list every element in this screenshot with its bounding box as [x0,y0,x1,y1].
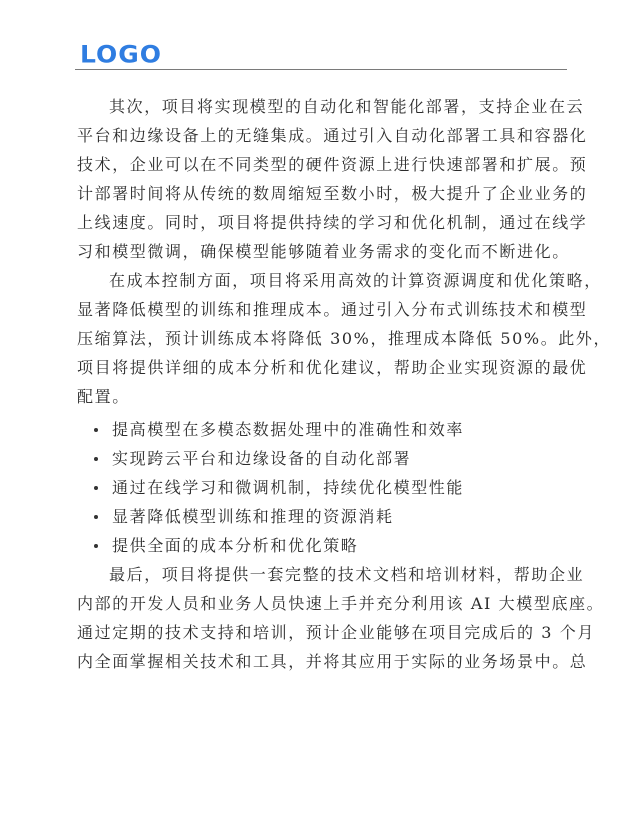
text-line: 上线速度。同时，项目将提供持续的学习和优化机制，通过在线学 [77,208,577,237]
list-item-text: 显著降低模型训练和推理的资源消耗 [112,507,394,526]
list-item: 提供全面的成本分析和优化策略 [77,531,577,560]
bullet-dot-icon [94,428,98,432]
list-item-text: 提高模型在多模态数据处理中的准确性和效率 [112,420,464,439]
bullet-dot-icon [94,486,98,490]
bullet-dot-icon [94,515,98,519]
list-item: 实现跨云平台和边缘设备的自动化部署 [77,444,577,473]
list-item-text: 通过在线学习和微调机制，持续优化模型性能 [112,478,464,497]
text-line: 平台和边缘设备上的无缝集成。通过引入自动化部署工具和容器化 [77,121,577,150]
text-line: 习和模型微调，确保模型能够随着业务需求的变化而不断进化。 [77,237,577,266]
paragraph-cost-control: 在成本控制方面，项目将采用高效的计算资源调度和优化策略， 显著降低模型的训练和推… [77,266,577,411]
text-line: 其次，项目将实现模型的自动化和智能化部署，支持企业在云 [77,92,577,121]
header-divider [75,69,567,70]
paragraph-training: 最后，项目将提供一套完整的技术文档和培训材料，帮助企业 内部的开发人员和业务人员… [77,560,577,676]
text-line: 计部署时间将从传统的数周缩短至数小时，极大提升了企业业务的 [77,179,577,208]
list-item-text: 提供全面的成本分析和优化策略 [112,536,358,555]
bullet-dot-icon [94,544,98,548]
document-body: 其次，项目将实现模型的自动化和智能化部署，支持企业在云 平台和边缘设备上的无缝集… [77,92,577,676]
list-item: 显著降低模型训练和推理的资源消耗 [77,502,577,531]
text-line: 通过定期的技术支持和培训，预计企业能够在项目完成后的 3 个月 [77,618,577,647]
text-line: 内部的开发人员和业务人员快速上手并充分利用该 AI 大模型底座。 [77,589,577,618]
text-line: 显著降低模型的训练和推理成本。通过引入分布式训练技术和模型 [77,295,577,324]
paragraph-deployment: 其次，项目将实现模型的自动化和智能化部署，支持企业在云 平台和边缘设备上的无缝集… [77,92,577,266]
text-line: 内全面掌握相关技术和工具，并将其应用于实际的业务场景中。总 [77,647,577,676]
text-line: 配置。 [77,382,577,411]
list-item-text: 实现跨云平台和边缘设备的自动化部署 [112,449,411,468]
bullet-list: 提高模型在多模态数据处理中的准确性和效率 实现跨云平台和边缘设备的自动化部署 通… [77,415,577,560]
text-line: 最后，项目将提供一套完整的技术文档和培训材料，帮助企业 [77,560,577,589]
text-line: 技术，企业可以在不同类型的硬件资源上进行快速部署和扩展。预 [77,150,577,179]
text-line: 在成本控制方面，项目将采用高效的计算资源调度和优化策略， [77,266,577,295]
bullet-dot-icon [94,457,98,461]
list-item: 提高模型在多模态数据处理中的准确性和效率 [77,415,577,444]
text-line: 项目将提供详细的成本分析和优化建议，帮助企业实现资源的最优 [77,353,577,382]
logo: LOGO [80,43,162,68]
text-line: 压缩算法，预计训练成本将降低 30%，推理成本降低 50%。此外， [77,324,577,353]
list-item: 通过在线学习和微调机制，持续优化模型性能 [77,473,577,502]
